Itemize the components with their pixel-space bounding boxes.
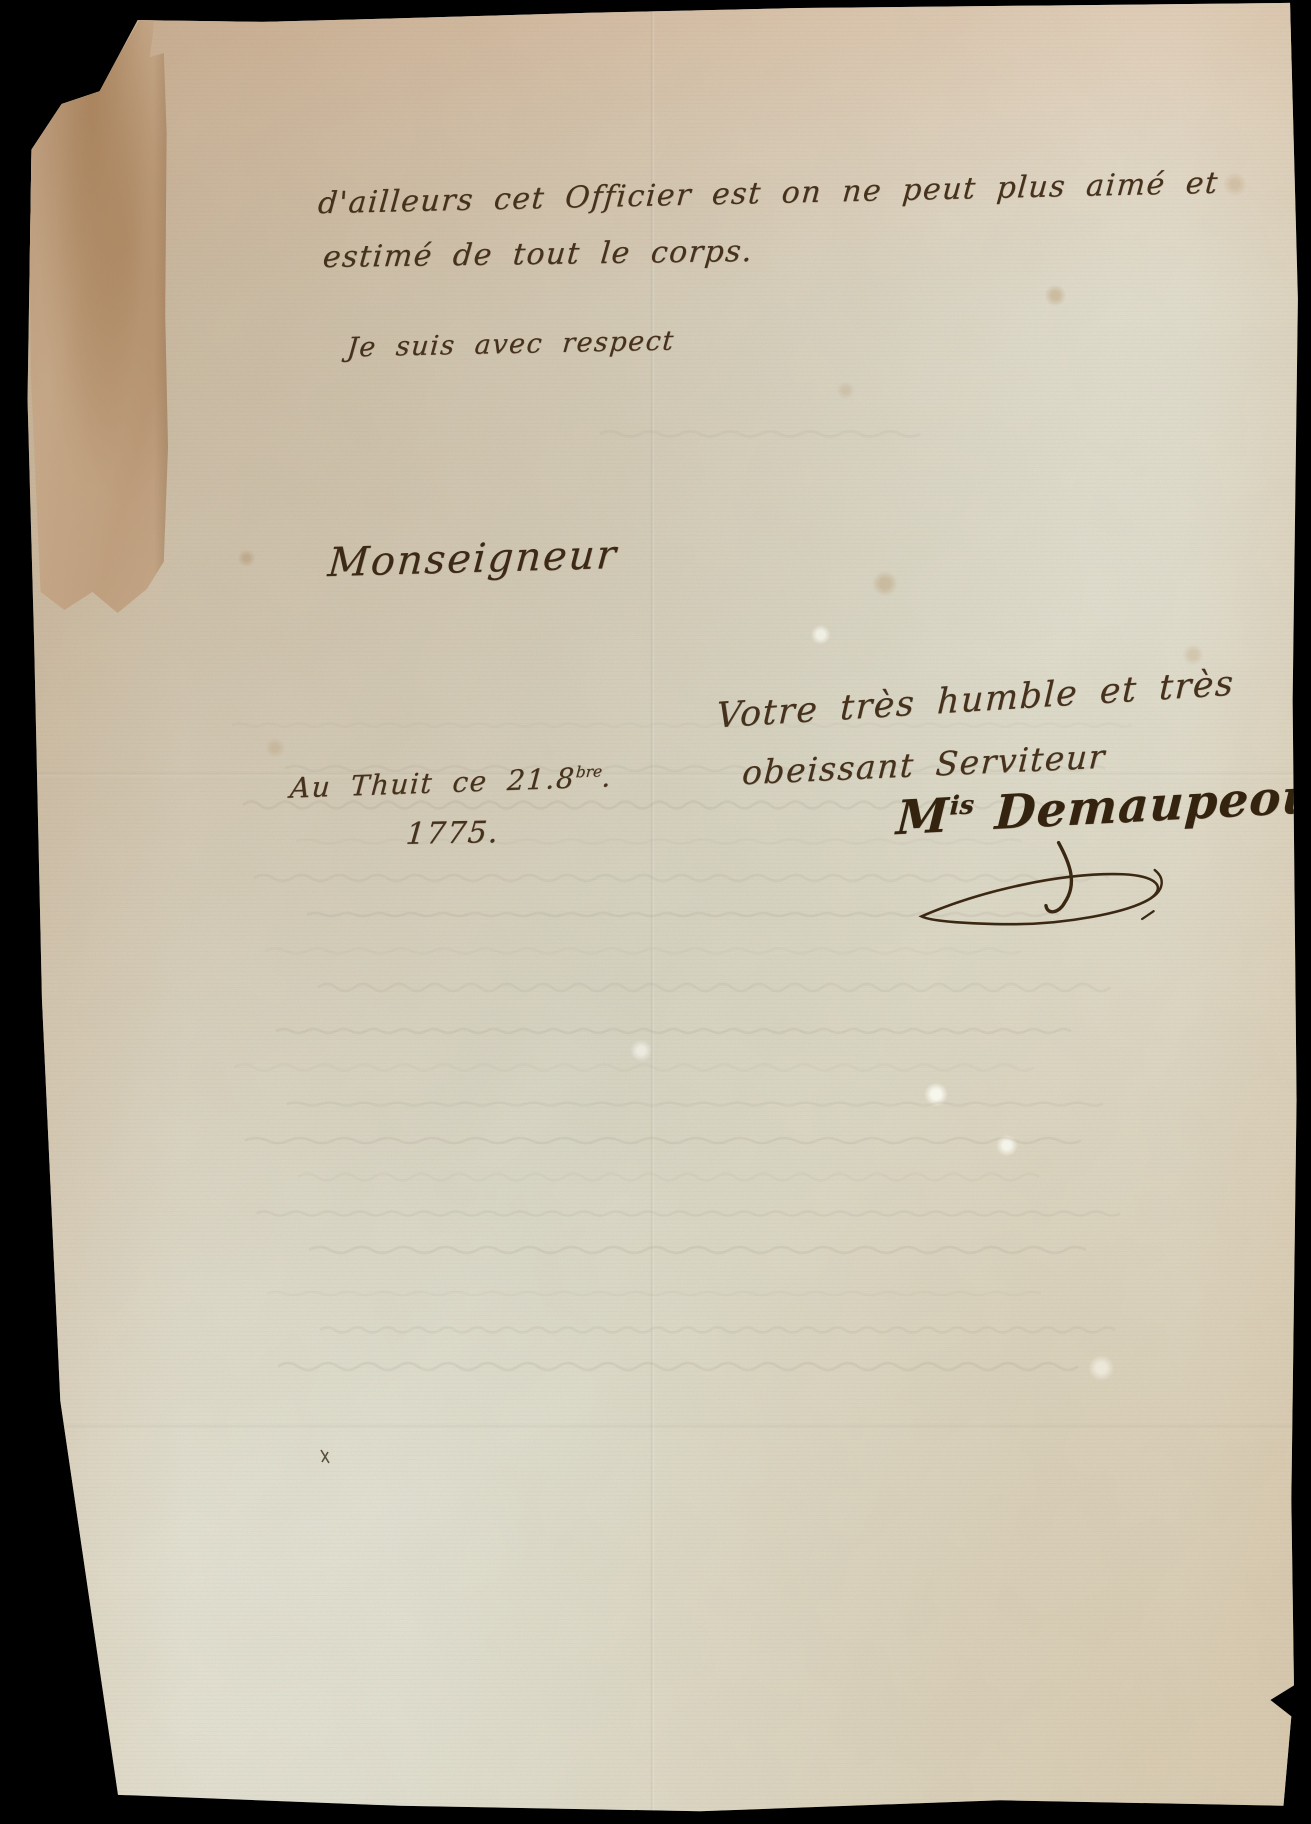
horizontal-fold-crease-lower	[0, 1424, 1311, 1428]
signature-prefix: M	[895, 788, 951, 846]
signature-name: Demaupeou	[993, 769, 1311, 841]
letter-page: d'ailleurs cet Officier est on ne peut p…	[0, 0, 1311, 1824]
valediction-line-1: Votre très humble et très	[716, 664, 1236, 737]
dateline-text: Au Thuit ce 21.8	[289, 762, 577, 805]
stray-ink-mark	[318, 1448, 332, 1466]
scan-background: d'ailleurs cet Officier est on ne peut p…	[0, 0, 1311, 1824]
signature-superscript: is	[949, 790, 975, 821]
signature-flourish	[909, 833, 1173, 951]
salutation-monseigneur: Monseigneur	[326, 532, 619, 586]
dateline-year: 1775.	[404, 815, 500, 852]
dateline-superscript: bre	[575, 762, 603, 781]
hinge-strip	[28, 12, 168, 616]
dateline-punct: .	[601, 760, 614, 793]
dateline-place: Au Thuit ce 21.8bre.	[289, 760, 613, 804]
vertical-fold-crease	[650, 0, 655, 1824]
horizontal-fold-crease	[0, 772, 1311, 777]
respect-line: Je suis avec respect	[346, 326, 676, 364]
body-line-1: d'ailleurs cet Officier est on ne peut p…	[317, 166, 1220, 222]
body-line-2: estimé de tout le corps.	[321, 234, 754, 275]
